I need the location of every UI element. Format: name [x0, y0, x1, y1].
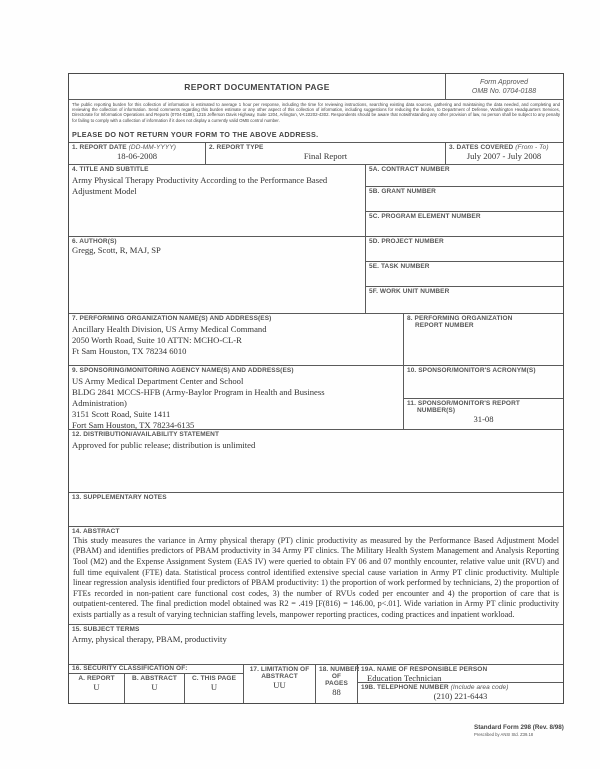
omb-number: OMB No. 0704-0188	[449, 87, 559, 96]
sponsoring-agency-line-2: BLDG 2841 MCCS-HFB (Army-Baylor Program …	[72, 387, 400, 398]
form-id: Standard Form 298 (Rev. 8/98)	[474, 724, 564, 731]
sponsoring-agency-line-3: Administration)	[72, 398, 400, 409]
number-of-pages-field[interactable]: 18. NUMBER OF PAGES 88	[315, 665, 357, 703]
contract-number-field[interactable]: 5a. CONTRACT NUMBER	[366, 165, 563, 187]
abstract-value: This study measures the variance in Army…	[69, 535, 563, 623]
sponsor-report-number-field[interactable]: 11. SPONSOR/MONITOR'S REPORT NUMBER(S) 3…	[404, 399, 563, 429]
sponsor-acronym-field[interactable]: 10. SPONSOR/MONITOR'S ACRONYM(S)	[404, 366, 563, 399]
limitation-value: UU	[247, 680, 312, 691]
burden-notice: The public reporting burden for this col…	[69, 100, 563, 124]
performing-org-line-2: 2050 Worth Road, Suite 10 ATTN: MCHO-CL-…	[72, 335, 400, 346]
distribution-value: Approved for public release; distributio…	[72, 440, 560, 451]
row-classification: 16. SECURITY CLASSIFICATION OF: a. REPOR…	[69, 665, 563, 703]
title-subtitle-value: Army Physical Therapy Productivity Accor…	[72, 175, 362, 197]
number-of-pages-value: 88	[319, 687, 354, 698]
prescribed-by: Prescribed by ANSI Std. Z39.18	[474, 732, 533, 737]
performing-org-field[interactable]: 7. PERFORMING ORGANIZATION NAME(S) AND A…	[69, 314, 403, 365]
performing-org-line-1: Ancillary Health Division, US Army Medic…	[72, 324, 400, 335]
report-type-field[interactable]: 2. REPORT TYPE Final Report	[205, 143, 445, 164]
form-title: REPORT DOCUMENTATION PAGE	[184, 82, 329, 92]
document-page: REPORT DOCUMENTATION PAGE Form Approved …	[0, 0, 600, 769]
form-header: REPORT DOCUMENTATION PAGE Form Approved …	[69, 74, 563, 100]
limitation-field[interactable]: 17. LIMITATION OF ABSTRACT UU	[243, 665, 315, 703]
grant-number-field[interactable]: 5b. GRANT NUMBER	[366, 187, 563, 212]
abstract-field[interactable]: 14. ABSTRACT This study measures the var…	[69, 527, 563, 624]
report-type-value: Final Report	[209, 151, 442, 162]
telephone-field[interactable]: 19b. TELEPHONE NUMBER (Include area code…	[358, 683, 563, 703]
responsible-person-field[interactable]: 19a. NAME OF RESPONSIBLE PERSON Educatio…	[358, 665, 563, 683]
classification-abstract-field[interactable]: b. ABSTRACT U	[124, 674, 184, 703]
row-supplementary: 13. SUPPLEMENTARY NOTES	[69, 493, 563, 527]
form-approved: Form Approved	[449, 78, 559, 87]
classification-report-field[interactable]: a. REPORT U	[69, 674, 124, 703]
row-distribution: 12. DISTRIBUTION/AVAILABILITY STATEMENT …	[69, 430, 563, 493]
performing-report-number-field[interactable]: 8. PERFORMING ORGANIZATION REPORT NUMBER	[403, 314, 562, 365]
row-performing-org: 7. PERFORMING ORGANIZATION NAME(S) AND A…	[69, 314, 563, 366]
performing-org-line-3: Ft Sam Houston, TX 78234 6010	[72, 346, 400, 357]
subject-terms-field[interactable]: 15. SUBJECT TERMS Army, physical therapy…	[69, 625, 563, 664]
report-date-field[interactable]: 1. REPORT DATE (DD-MM-YYYY) 18-06-2008	[69, 143, 205, 164]
row-abstract: 14. ABSTRACT This study measures the var…	[69, 527, 563, 625]
distribution-field[interactable]: 12. DISTRIBUTION/AVAILABILITY STATEMENT …	[69, 430, 563, 492]
project-number-field[interactable]: 5d. PROJECT NUMBER	[366, 237, 563, 262]
program-element-field[interactable]: 5c. PROGRAM ELEMENT NUMBER	[366, 212, 563, 237]
subject-terms-value: Army, physical therapy, PBAM, productivi…	[72, 634, 560, 645]
classification-report-value: U	[72, 682, 121, 693]
telephone-value: (210) 221-6443	[361, 691, 560, 702]
row-sponsoring-agency: 9. SPONSORING/MONITORING AGENCY NAME(S) …	[69, 366, 563, 430]
security-classification-label: 16. SECURITY CLASSIFICATION OF:	[72, 665, 240, 672]
sponsor-report-number-value: 31-08	[407, 414, 560, 425]
do-not-return-notice: PLEASE DO NOT RETURN YOUR FORM TO THE AB…	[72, 130, 318, 139]
title-subtitle-field[interactable]: 4. TITLE AND SUBTITLE Army Physical Ther…	[69, 165, 365, 237]
row-title-author: 4. TITLE AND SUBTITLE Army Physical Ther…	[69, 165, 563, 314]
authors-field[interactable]: 6. AUTHOR(S) Gregg, Scott, R, MAJ, SP	[69, 237, 365, 313]
task-number-field[interactable]: 5e. TASK NUMBER	[366, 262, 563, 287]
work-unit-field[interactable]: 5f. WORK UNIT NUMBER	[366, 287, 563, 313]
classification-this-page-field[interactable]: c. THIS PAGE U	[184, 674, 243, 703]
report-date-value: 18-06-2008	[72, 151, 202, 162]
dates-covered-field[interactable]: 3. DATES COVERED (From - To) July 2007 -…	[445, 143, 562, 164]
report-documentation-form: REPORT DOCUMENTATION PAGE Form Approved …	[68, 73, 564, 704]
sponsoring-agency-field[interactable]: 9. SPONSORING/MONITORING AGENCY NAME(S) …	[69, 366, 403, 429]
classification-this-page-value: U	[188, 682, 240, 693]
classification-abstract-value: U	[128, 682, 181, 693]
authors-value: Gregg, Scott, R, MAJ, SP	[72, 245, 362, 256]
sponsoring-agency-line-1: US Army Medical Department Center and Sc…	[72, 376, 400, 387]
row-subject-terms: 15. SUBJECT TERMS Army, physical therapy…	[69, 625, 563, 665]
row-dates: 1. REPORT DATE (DD-MM-YYYY) 18-06-2008 2…	[69, 143, 563, 165]
sponsoring-agency-line-4: 3151 Scott Road, Suite 1411	[72, 409, 400, 420]
dates-covered-value: July 2007 - July 2008	[449, 151, 559, 162]
burden-notice-block: The public reporting burden for this col…	[69, 100, 563, 143]
supplementary-notes-field[interactable]: 13. SUPPLEMENTARY NOTES	[69, 493, 563, 526]
